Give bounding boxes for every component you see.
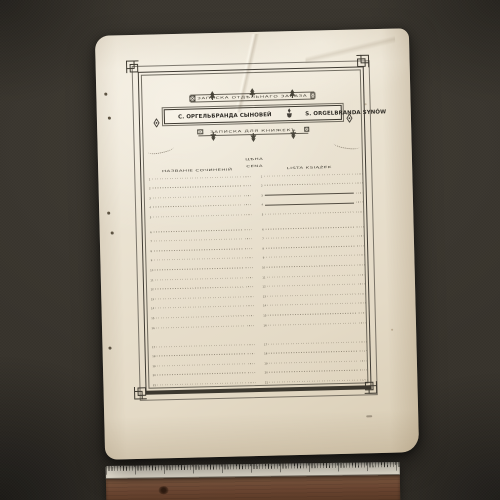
- dotted-writing-line: [157, 382, 246, 385]
- printer-mark: [366, 415, 372, 417]
- price-dotted-cell: [245, 258, 252, 259]
- form-row: 16: [148, 317, 254, 329]
- row-number: 21: [265, 382, 268, 384]
- price-dotted-cell: [247, 305, 254, 306]
- dotted-writing-line: [265, 212, 354, 215]
- ruler-wood-face: [106, 475, 400, 500]
- price-dotted-cell: [247, 325, 254, 326]
- binding-hole: [104, 93, 107, 96]
- top-banner-text: ЗАПИСКА ОТДѢЛЬНАГО ЗАКАЗА: [197, 94, 307, 100]
- price-dotted-cell: [246, 277, 253, 278]
- right-rows: 123456789101112131415161718192021: [256, 165, 367, 386]
- dotted-writing-line: [269, 380, 358, 383]
- row-number: 21: [153, 385, 156, 387]
- binding-hole: [108, 117, 111, 120]
- price-dotted-cell: [358, 284, 365, 285]
- crossed-square-ornament: [304, 126, 310, 132]
- foxing-speck: [391, 329, 393, 331]
- price-dotted-cell: [357, 255, 364, 256]
- photo-of-document: ЗАПИСКА ОТДѢЛЬНАГО ЗАКАЗА С. ОРГЕЛЬБРАНД…: [0, 0, 500, 500]
- price-dotted-cell: [358, 264, 365, 265]
- price-dotted-cell: [357, 236, 364, 237]
- price-dotted-cell: [244, 205, 251, 206]
- crossed-square-ornament: [189, 96, 195, 102]
- form-row: 21: [149, 374, 255, 386]
- publisher-name-cyrillic: С. ОРГЕЛЬБРАНДА СЫНОВЕЙ: [178, 111, 272, 120]
- diamond-ornament-icon: [152, 112, 161, 121]
- price-dotted-cell: [360, 370, 367, 371]
- price-dotted-cell: [243, 176, 250, 177]
- tassel-ornament-icon: [209, 138, 217, 147]
- price-dotted-cell: [359, 312, 366, 313]
- price-dotted-cell: [355, 173, 362, 174]
- form-row: 21: [261, 372, 367, 384]
- price-dotted-cell: [360, 360, 367, 361]
- dotted-writing-line: [268, 322, 357, 325]
- price-dotted-cell: [359, 322, 366, 323]
- price-dotted-cell: [248, 372, 255, 373]
- price-dotted-cell: [248, 353, 255, 354]
- price-dotted-cell: [360, 351, 367, 352]
- left-rows: 123456789101112131415161718192021: [144, 168, 255, 389]
- price-dotted-cell: [356, 211, 363, 212]
- price-dotted-cell: [246, 267, 253, 268]
- price-dotted-cell: [244, 185, 251, 186]
- price-dotted-cell: [358, 274, 365, 275]
- corner-meander-ornament: [355, 53, 370, 68]
- wooden-ruler: [106, 462, 401, 500]
- price-dotted-cell: [356, 202, 363, 203]
- crest-ornament-icon: [285, 104, 294, 123]
- price-dotted-cell: [248, 382, 255, 383]
- price-dotted-cell: [246, 296, 253, 297]
- tree-ornament-icon: [288, 83, 296, 92]
- price-dotted-cell: [357, 226, 364, 227]
- price-dotted-cell: [247, 315, 254, 316]
- price-dotted-cell: [245, 229, 252, 230]
- price-dotted-cell: [357, 245, 364, 246]
- form-row: 16: [260, 314, 366, 326]
- binding-hole: [107, 212, 110, 215]
- price-dotted-cell: [244, 195, 251, 196]
- row-number: 5: [149, 217, 152, 219]
- price-dotted-cell: [245, 238, 252, 239]
- tree-ornament-icon: [248, 82, 256, 91]
- tree-ornament-icon: [208, 85, 216, 94]
- price-dotted-cell: [245, 248, 252, 249]
- tassel-ornament-icon: [289, 136, 297, 145]
- price-dotted-cell: [358, 303, 365, 304]
- document-page: ЗАПИСКА ОТДѢЛЬНАГО ЗАКАЗА С. ОРГЕЛЬБРАНД…: [95, 28, 419, 460]
- corner-meander-ornament: [132, 386, 147, 401]
- binding-hole: [111, 232, 114, 235]
- wood-knot-spot: [158, 486, 169, 494]
- crossed-square-ornament: [197, 129, 203, 135]
- diamond-ornament-icon: [345, 108, 354, 117]
- row-number: 5: [261, 214, 264, 216]
- price-dotted-cell: [358, 293, 365, 294]
- price-dotted-cell: [360, 379, 367, 380]
- price-dotted-cell: [247, 344, 254, 345]
- price-dotted-cell: [244, 214, 251, 215]
- form-row: 5: [145, 207, 251, 219]
- crossed-square-ornament: [310, 93, 316, 99]
- price-dotted-cell: [248, 363, 255, 364]
- form-row: 5: [257, 204, 363, 216]
- price-dotted-cell: [246, 286, 253, 287]
- dotted-writing-line: [153, 214, 242, 217]
- row-number: 16: [151, 327, 154, 329]
- corner-meander-ornament: [124, 59, 139, 74]
- price-dotted-cell: [359, 341, 366, 342]
- price-dotted-cell: [356, 183, 363, 184]
- row-number: 16: [263, 325, 266, 327]
- dotted-writing-line: [156, 325, 245, 328]
- tassel-ornament-icon: [249, 139, 257, 148]
- binding-hole: [108, 347, 111, 350]
- price-dotted-cell: [356, 192, 363, 193]
